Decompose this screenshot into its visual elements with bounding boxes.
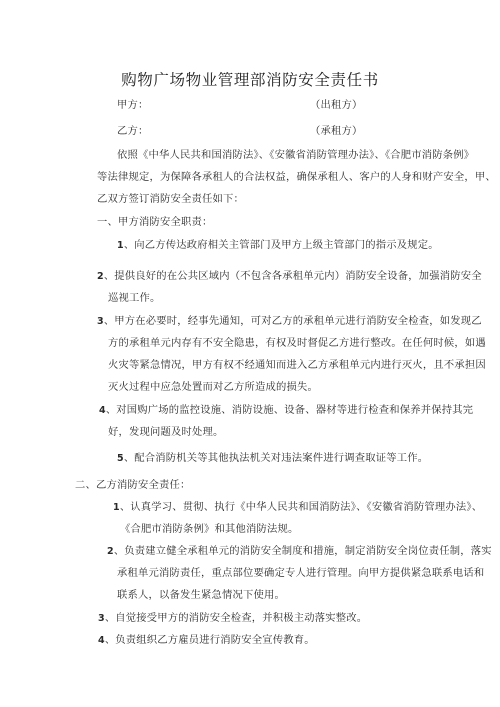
item-text: 、认真学习、贯彻、执行《中华人民共和国消防法》、《安徽省消防管理办法》、 xyxy=(120,501,482,513)
item-text-continued: 《合肥市消防条例》和其他消防法规。 xyxy=(120,522,298,536)
item-text: 、负责组织乙方雇员进行消防安全宣传教育。 xyxy=(105,634,315,646)
item-number: 4 xyxy=(98,635,105,646)
item-text: 、甲方在必要时，经事先通知，可对乙方的承租单元进行消防安全检查，如发现乙 xyxy=(104,315,482,327)
section2-item-4: 4、负责组织乙方雇员进行消防安全宣传教育。 xyxy=(98,633,315,648)
item-text-continued: 火灾等紧急情况，甲方有权不经通知而进入乙方承租单元内进行灭火，且不承担因 xyxy=(108,358,486,372)
section2-item-1: 1、认真学习、贯彻、执行《中华人民共和国消防法》、《安徽省消防管理办法》、 xyxy=(113,500,482,515)
section2-item-3: 3、自觉接受甲方的消防安全检查，并积极主动落实整改。 xyxy=(98,611,367,626)
item-text: 、向乙方传达政府相关主管部门及甲方上级主管部门的指示及规定。 xyxy=(124,239,439,251)
section1-item-5: 5、配合消防机关等其他执法机关对违法案件进行调查取证等工作。 xyxy=(117,451,428,466)
section1-item-4: 4、对国购广场的监控设施、消防设施、设备、器材等进行检查和保养并保持其完 xyxy=(99,403,473,418)
item-text-continued: 灭火过程中应急处置而对乙方所造成的损失。 xyxy=(108,380,318,394)
item-number: 3 xyxy=(98,613,105,624)
section1-heading: 一、甲方消防安全职责： xyxy=(97,215,212,229)
item-text-continued: 承租单元消防责任，重点部位要确定专人进行管理。向甲方提供紧急联系电话和 xyxy=(117,566,484,580)
section1-item-2: 2、提供良好的在公共区域内（不包含各承租单元内）消防安全设备，加强消防安全 xyxy=(97,269,482,284)
item-text-continued: 好，发现问题及时处理。 xyxy=(108,425,223,439)
preamble-line: 等法律规定，为保障各承租人的合法权益，确保承租人、客户的人身和财产安全，甲、 xyxy=(97,170,496,184)
party-b-role: （承租方） xyxy=(310,124,362,138)
preamble-line: 乙双方签订消防安全责任如下： xyxy=(97,192,244,206)
item-text: 、自觉接受甲方的消防安全检查，并积极主动落实整改。 xyxy=(105,612,367,624)
item-text: 、配合消防机关等其他执法机关对违法案件进行调查取证等工作。 xyxy=(124,452,428,464)
item-number: 5 xyxy=(117,453,124,464)
item-text: 、对国购广场的监控设施、消防设施、设备、器材等进行检查和保养并保持其完 xyxy=(106,404,473,416)
item-text-continued: 方的承租单元内存有不安全隐患，有权及时督促乙方进行整改。在任何时候，如遇 xyxy=(108,336,486,350)
item-text-continued: 巡视工作。 xyxy=(108,291,160,305)
document-title: 购物广场物业管理部消防安全责任书 xyxy=(0,68,500,90)
party-a-label: 甲方： xyxy=(117,98,149,112)
item-number: 1 xyxy=(113,502,120,513)
section1-item-3: 3、甲方在必要时，经事先通知，可对乙方的承租单元进行消防安全检查，如发现乙 xyxy=(97,314,482,329)
item-number: 4 xyxy=(99,405,106,416)
item-number: 2 xyxy=(107,546,114,557)
item-text: 、提供良好的在公共区域内（不包含各承租单元内）消防安全设备，加强消防安全 xyxy=(104,270,482,282)
party-a-role: （出租方） xyxy=(310,98,362,112)
item-number: 3 xyxy=(97,316,104,327)
item-number: 2 xyxy=(97,271,104,282)
preamble-line: 依照《中华人民共和国消防法》、《安徽省消防管理办法》、《合肥市消防条例》 xyxy=(117,148,474,162)
item-text: 、负责建立健全承租单元的消防安全制度和措施，制定消防安全岗位责任制，落实 xyxy=(114,545,492,557)
party-b-label: 乙方： xyxy=(117,124,149,138)
item-number: 1 xyxy=(117,240,124,251)
section2-heading: 二、乙方消防安全责任： xyxy=(75,478,190,492)
item-text-continued: 联系人，以备发生紧急情况下使用。 xyxy=(117,588,285,602)
section1-item-1: 1、向乙方传达政府相关主管部门及甲方上级主管部门的指示及规定。 xyxy=(117,238,439,253)
section2-item-2: 2、负责建立健全承租单元的消防安全制度和措施，制定消防安全岗位责任制，落实 xyxy=(107,544,492,559)
